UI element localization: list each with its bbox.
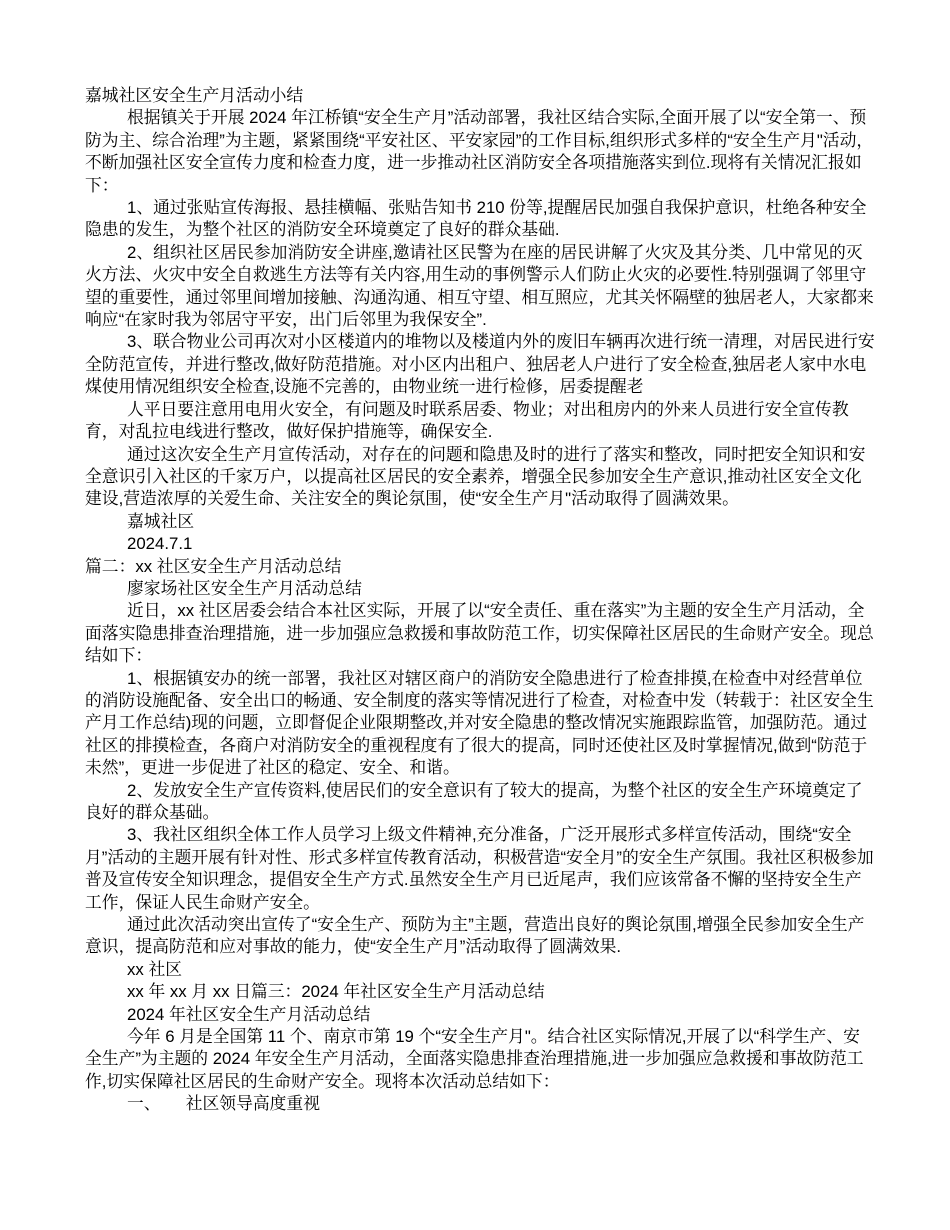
signature-date: 2024.7.1 bbox=[85, 533, 875, 555]
paragraph: 2、组织社区居民参加消防安全讲座,邀请社区民警为在座的居民讲解了火灾及其分类、几… bbox=[85, 242, 875, 332]
paragraph: 3、我社区组织全体工作人员学习上级文件精神,充分准备，广泛开展形式多样宣传活动，… bbox=[85, 824, 875, 914]
signature2-community: xx 社区 bbox=[85, 959, 875, 981]
section2-subtitle: 廖家场社区安全生产月活动总结 bbox=[85, 578, 875, 600]
section3-item1-heading: 一、 社区领导高度重视 bbox=[85, 1093, 875, 1115]
section3-subtitle: 2024 年社区安全生产月活动总结 bbox=[85, 1004, 875, 1026]
signature-community: 嘉城社区 bbox=[85, 511, 875, 533]
signature2-date-section3-heading: xx 年 xx 月 xx 日篇三：2024 年社区安全生产月活动总结 bbox=[85, 981, 875, 1003]
paragraph: 通过此次活动突出宣传了“安全生产、预防为主”主题，营造出良好的舆论氛围,增强全民… bbox=[85, 914, 875, 959]
document-title: 嘉城社区安全生产月活动小结 bbox=[85, 85, 875, 107]
paragraph: 1、根据镇安办的统一部署，我社区对辖区商户的消防安全隐患进行了检查排摸,在检查中… bbox=[85, 668, 875, 780]
paragraph: 近日，xx 社区居委会结合本社区实际，开展了以“安全责任、重在落实”为主题的安全… bbox=[85, 600, 875, 667]
paragraph: 1、通过张贴宣传海报、悬挂横幅、张贴告知书 210 份等,提醒居民加强自我保护意… bbox=[85, 197, 875, 242]
section2-heading: 篇二：xx 社区安全生产月活动总结 bbox=[85, 556, 875, 578]
document-page: 嘉城社区安全生产月活动小结根据镇关于开展 2024 年江桥镇“安全生产月”活动部… bbox=[0, 0, 950, 1230]
paragraph: 根据镇关于开展 2024 年江桥镇“安全生产月”活动部署，我社区结合实际,全面开… bbox=[85, 107, 875, 197]
paragraph: 3、联合物业公司再次对小区楼道内的堆物以及楼道内外的废旧车辆再次进行统一清理，对… bbox=[85, 331, 875, 398]
paragraph: 今年 6 月是全国第 11 个、南京市第 19 个“安全生产月"。结合社区实际情… bbox=[85, 1026, 875, 1093]
paragraph: 2、发放安全生产宣传资料,使居民们的安全意识有了较大的提高，为整个社区的安全生产… bbox=[85, 780, 875, 825]
paragraph: 通过这次安全生产月宣传活动，对存在的问题和隐患及时的进行了落实和整改，同时把安全… bbox=[85, 444, 875, 511]
document-body: 嘉城社区安全生产月活动小结根据镇关于开展 2024 年江桥镇“安全生产月”活动部… bbox=[85, 85, 875, 1116]
paragraph: 人平日要注意用电用火安全，有问题及时联系居委、物业；对出租房内的外来人员进行安全… bbox=[85, 399, 875, 444]
